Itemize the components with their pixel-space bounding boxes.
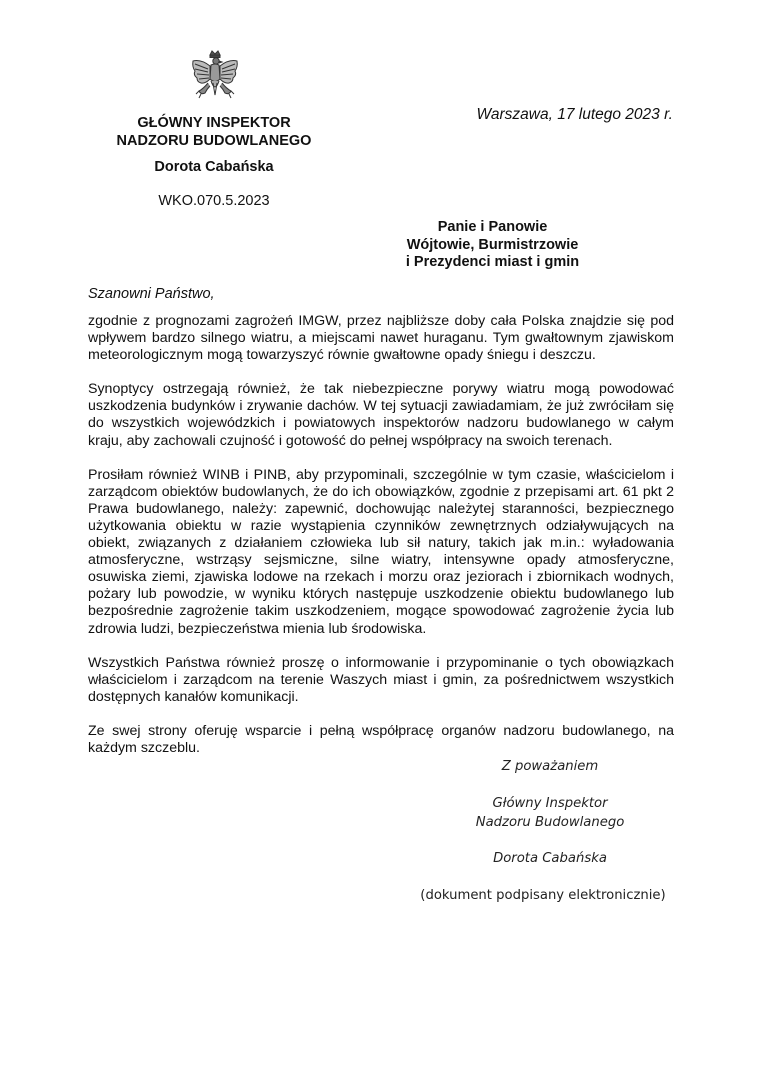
salutation: Szanowni Państwo,	[88, 286, 215, 303]
letter-body: zgodnie z prognozami zagrożeń IMGW, prze…	[88, 313, 674, 774]
signatory-role-line: Nadzoru Budowlanego	[420, 813, 680, 832]
body-paragraph: Prosiłam również WINB i PINB, aby przypo…	[88, 467, 674, 638]
addressee-block: Panie i Panowie Wójtowie, Burmistrzowie …	[405, 219, 580, 272]
office-title: GŁÓWNY INSPEKTOR NADZORU BUDOWLANEGO	[108, 114, 320, 150]
body-paragraph: Synoptycy ostrzegają również, że tak nie…	[88, 381, 674, 449]
official-name: Dorota Cabańska	[108, 158, 320, 176]
office-title-line: NADZORU BUDOWLANEGO	[108, 132, 320, 150]
body-paragraph: Wszystkich Państwa również proszę o info…	[88, 655, 674, 706]
office-title-line: GŁÓWNY INSPEKTOR	[108, 114, 320, 132]
addressee-line: Wójtowie, Burmistrzowie	[405, 237, 580, 255]
reference-number: WKO.070.5.2023	[108, 192, 320, 210]
polish-eagle-emblem-icon	[189, 49, 241, 103]
signatory-role: Główny Inspektor Nadzoru Budowlanego	[420, 794, 680, 832]
e-signature-note: (dokument podpisany elektronicznie)	[416, 886, 670, 905]
signatory-name: Dorota Cabańska	[420, 849, 680, 868]
addressee-line: Panie i Panowie	[405, 219, 580, 237]
addressee-line: i Prezydenci miast i gmin	[405, 254, 580, 272]
closing-greeting: Z poważaniem	[420, 757, 680, 776]
body-paragraph: Ze swej strony oferuję wsparcie i pełną …	[88, 723, 674, 757]
signatory-role-line: Główny Inspektor	[420, 794, 680, 813]
letter-page: GŁÓWNY INSPEKTOR NADZORU BUDOWLANEGO Dor…	[0, 0, 764, 1080]
body-paragraph: zgodnie z prognozami zagrożeń IMGW, prze…	[88, 313, 674, 364]
date-line: Warszawa, 17 lutego 2023 r.	[420, 106, 673, 124]
